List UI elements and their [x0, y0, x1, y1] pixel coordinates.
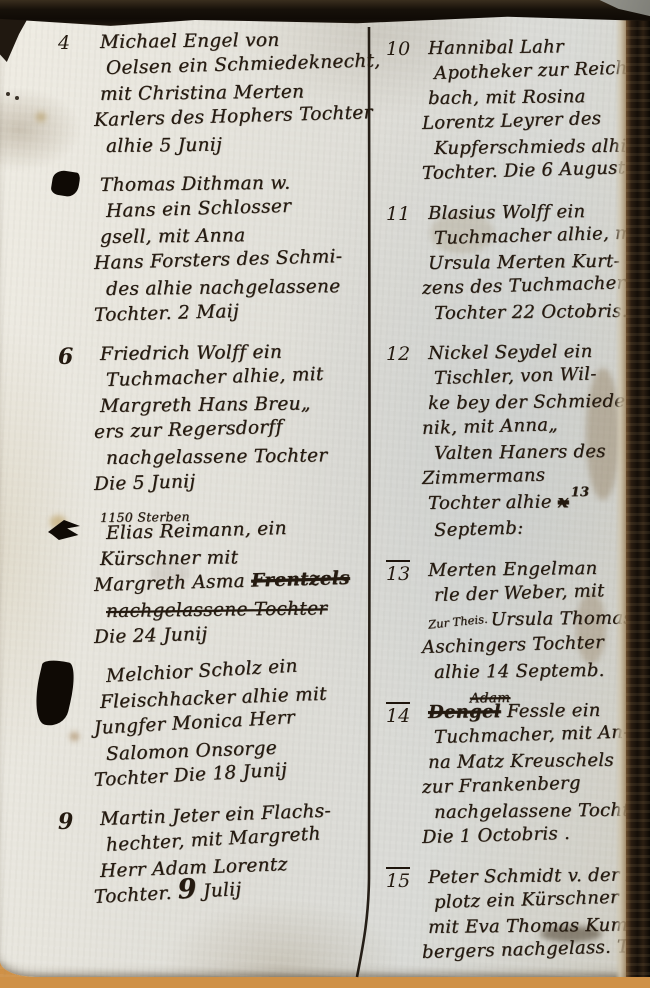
entry-text: Ursula Thomas: [491, 607, 633, 630]
entry-number: 14: [386, 702, 410, 727]
entry-line: alhie 5 Junij: [106, 131, 380, 160]
register-entry-4: 4Michael Engel vonOelsen ein Schmiedekne…: [58, 30, 380, 160]
entry-line: Die 1 Octobris .: [422, 819, 635, 850]
entry-number: 6: [58, 344, 73, 370]
entry-line: Zimmermans: [422, 460, 635, 491]
annotated-text: 9: [177, 873, 198, 905]
entry-number: 10: [386, 38, 410, 60]
entry-number: 4: [58, 32, 70, 54]
register-entry-6: 6Friedrich Wolff einTuchmacher alhie, mi…: [58, 342, 380, 498]
annotated-text: 13: [571, 485, 590, 500]
entry-line: Apotheker zur Reichen-: [434, 55, 635, 86]
entry-text: Tochter alhie: [428, 491, 558, 514]
register-entry-10: 10Hannibal LahrApotheker zur Reichen-bac…: [386, 36, 634, 186]
left-column: 4Michael Engel vonOelsen ein Schmiedekne…: [58, 30, 380, 924]
entry-line: Aschingers Tochter: [422, 629, 635, 660]
annotated-text: x: [558, 491, 569, 512]
entry-line: nik, mit Anna„: [422, 410, 635, 441]
right-column: 10Hannibal LahrApotheker zur Reichen-bac…: [386, 36, 634, 980]
register-entry-8: 8Melchior Scholz einFleischhacker alhie …: [58, 664, 380, 794]
entry-line: Lorentz Leyrer des: [422, 105, 635, 136]
register-entry-12: 12Nickel Seydel einTischler, von Wil-ke …: [386, 341, 634, 543]
entry-text: Margreth Asma: [94, 571, 252, 596]
entry-line: alhie 14 Septemb.: [434, 658, 634, 685]
register-entry-13: 13Merten Engelmanrle der Weber, mitZur T…: [386, 558, 634, 685]
entry-line: plotz ein Kürschner: [434, 884, 635, 915]
entry-line: Tischler, von Wil-: [434, 360, 635, 391]
entry-text: Tochter.: [93, 882, 178, 908]
manuscript-photo: 4Michael Engel vonOelsen ein Schmiedekne…: [0, 0, 650, 988]
entry-line: Septemb:: [434, 512, 635, 543]
entry-line: Tuchmacher, mit An-: [434, 719, 635, 750]
entry-line: bergers nachgelass. Tocht.: [422, 934, 635, 965]
entry-text: Julij: [196, 879, 242, 902]
entry-line: rle der Weber, mit: [434, 577, 635, 608]
book-cover-right: [626, 0, 650, 977]
entry-line: zens des Tuchmachers: [422, 270, 635, 301]
register-entry-5: Thomas Dithman w.Hans ein Schlossergsell…: [58, 173, 380, 329]
register-entry-11: 11Blasius Wolff einTuchmacher alhie, mit…: [386, 201, 634, 326]
entry-line: Tochter 22 Octobris.: [434, 299, 634, 326]
entry-line: zur Frankenberg: [422, 769, 635, 800]
annotated-text: Frentzels: [251, 568, 350, 592]
entry-number: 9: [58, 809, 73, 835]
annotated-text: Adam: [470, 686, 511, 711]
entry-number: 15: [386, 867, 410, 892]
entry-number: 12: [386, 343, 410, 365]
register-entry-15: 15Peter Schmidt v. der Hohen-plotz ein K…: [386, 865, 634, 965]
ink-blot: [50, 169, 81, 198]
margin-dots: [6, 92, 24, 102]
register-entry-9: 9Martin Jeter ein Flachs-hechter, mit Ma…: [58, 807, 380, 911]
entry-number: 11: [386, 203, 410, 225]
entry-text: Fessle ein: [501, 700, 601, 722]
entry-line: Tuchmacher alhie, mit: [434, 220, 635, 251]
entry-number: 13: [386, 560, 410, 585]
register-entry-14: 14AdamDengel Fessle einTuchmacher, mit A…: [386, 700, 634, 850]
entry-line: Tochter. Die 6 Augusti.: [422, 155, 635, 186]
register-entry-7: 1150 SterbenElias Reimann, einKürschner …: [58, 511, 380, 651]
